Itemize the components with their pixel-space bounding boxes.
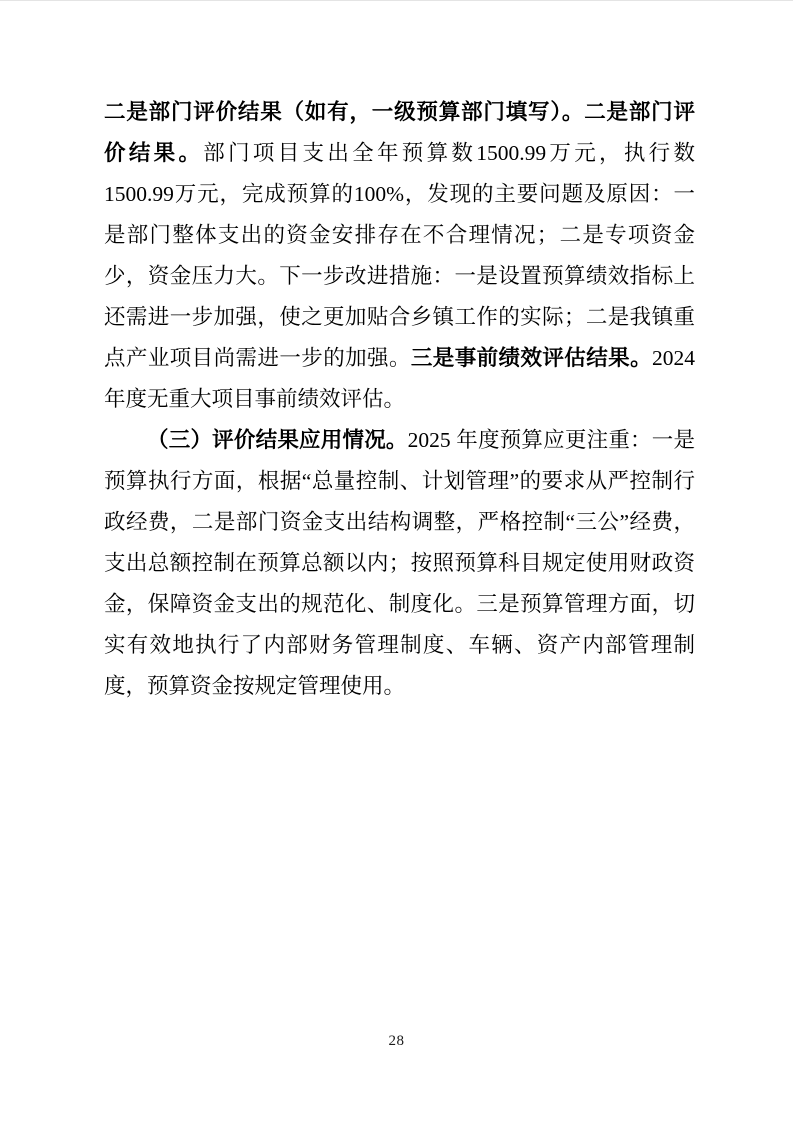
bold-heading-segment: （三）评价结果应用情况。 — [147, 428, 408, 452]
document-body: 二是部门评价结果（如有，一级预算部门填写）。二是部门评价结果。部门项目支出全年预… — [104, 92, 695, 707]
document-page: 二是部门评价结果（如有，一级预算部门填写）。二是部门评价结果。部门项目支出全年预… — [0, 0, 793, 1122]
text-segment: 2025 年度预算应更注重：一是预算执行方面，根据“总量控制、计划管理”的要求从… — [104, 428, 695, 698]
paragraph-department-evaluation: 二是部门评价结果（如有，一级预算部门填写）。二是部门评价结果。部门项目支出全年预… — [104, 92, 695, 420]
page-footer: 28 — [0, 1032, 793, 1050]
text-segment: 部门项目支出全年预算数1500.99万元，执行数1500.99万元，完成预算的1… — [104, 141, 695, 370]
paragraph-result-application: （三）评价结果应用情况。2025 年度预算应更注重：一是预算执行方面，根据“总量… — [104, 420, 695, 707]
bold-heading-segment: 三是事前绩效评估结果。 — [411, 346, 652, 370]
page-number: 28 — [389, 1033, 405, 1049]
page-top-edge — [0, 0, 793, 1]
